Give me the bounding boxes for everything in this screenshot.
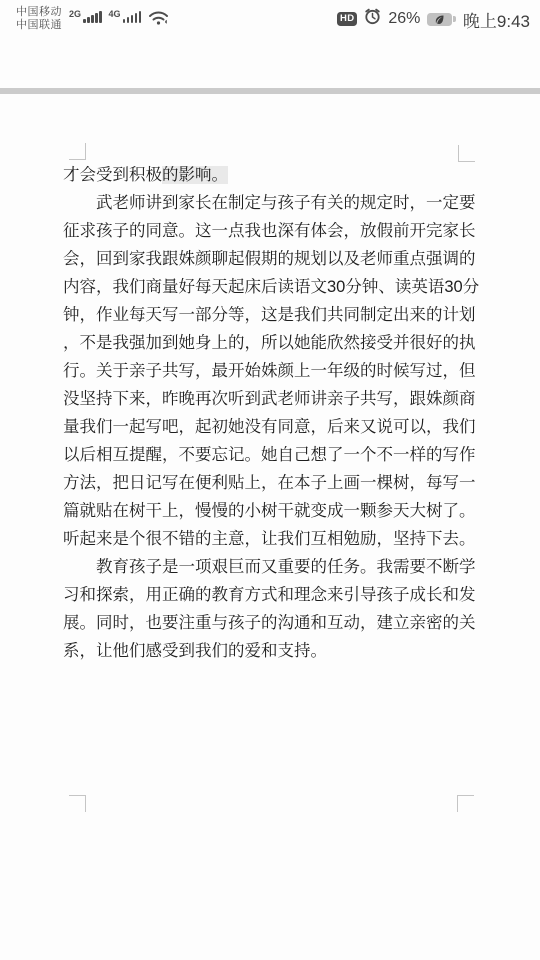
status-bar-right: HD 26% 晚上9:43: [337, 7, 530, 32]
document-text[interactable]: 才会受到积极的影响。武老师讲到家长在制定与孩子有关的规定时，一定要征求孩子的同意…: [63, 161, 477, 665]
carrier-labels: 中国移动 中国联通: [16, 6, 62, 32]
document-line[interactable]: 钟，作业每天写一部分等，这是我们共同制定出来的计划: [63, 301, 477, 329]
alarm-clock-icon: [364, 8, 381, 30]
margin-corner-bottom-left: [69, 795, 86, 812]
document-line[interactable]: 量我们一起写吧，起初她没有同意，后来又说可以，我们: [63, 413, 477, 441]
margin-corner-top-right: [458, 145, 475, 162]
carrier-name-1: 中国移动: [16, 6, 62, 19]
document-line[interactable]: 以后相互提醒，不要忘记。她自己想了一个不一样的写作: [63, 441, 477, 469]
document-line[interactable]: 会，回到家我跟姝颜聊起假期的规划以及老师重点强调的: [63, 245, 477, 273]
sim2-network-type: 4G: [109, 9, 121, 19]
document-line[interactable]: 展。同时，也要注重与孩子的沟通和互动，建立亲密的关: [63, 609, 477, 637]
document-line[interactable]: 武老师讲到家长在制定与孩子有关的规定时，一定要: [63, 189, 477, 217]
margin-corner-top-left: [69, 143, 86, 160]
sim1-network-type: 2G: [69, 9, 81, 19]
document-line[interactable]: ，不是我强加到她身上的，所以她能欣然接受并很好的执: [63, 329, 477, 357]
leaf-icon: [434, 14, 445, 25]
status-bar-left: 中国移动 中国联通 2G 4G: [16, 6, 169, 32]
carrier-name-2: 中国联通: [16, 19, 62, 32]
document-line[interactable]: 教育孩子是一项艰巨而又重要的任务。我需要不断学: [63, 553, 477, 581]
document-line[interactable]: 没坚持下来，昨晚再次听到武老师讲亲子共写，跟姝颜商: [63, 385, 477, 413]
highlighted-text[interactable]: 的影响。: [162, 166, 228, 184]
sim1-signal: 2G: [69, 11, 102, 28]
document-line[interactable]: 内容，我们商量好每天起床后读语文30分钟、读英语30分: [63, 273, 477, 301]
document-line[interactable]: 习和探索，用正确的教育方式和理念来引导孩子成长和发: [63, 581, 477, 609]
signal-bars-icon: [123, 11, 142, 23]
document-line[interactable]: 篇就贴在树干上，慢慢的小树干就变成一颗参天大树了。: [63, 497, 477, 525]
document-line[interactable]: 才会受到积极的影响。: [63, 161, 477, 189]
battery-saver-icon: [427, 13, 456, 26]
previous-page-bottom: [0, 36, 540, 88]
wifi-icon: [148, 9, 169, 30]
document-line[interactable]: 系，让他们感受到我们的爱和支持。: [63, 637, 477, 665]
margin-corner-bottom-right: [457, 795, 474, 812]
document-line[interactable]: 听起来是个很不错的主意，让我们互相勉励，坚持下去。: [63, 525, 477, 553]
document-page[interactable]: 才会受到积极的影响。武老师讲到家长在制定与孩子有关的规定时，一定要征求孩子的同意…: [0, 94, 540, 960]
hd-volte-icon: HD: [337, 12, 357, 27]
document-line[interactable]: 方法，把日记写在便利贴上，在本子上画一棵树，每写一: [63, 469, 477, 497]
battery-percent-label: 26%: [388, 10, 420, 28]
clock-label: 晚上9:43: [463, 7, 530, 32]
document-line[interactable]: 行。关于亲子共写，最开始姝颜上一年级的时候写过，但: [63, 357, 477, 385]
document-line[interactable]: 征求孩子的同意。这一点我也深有体会，放假前开完家长: [63, 217, 477, 245]
sim2-signal: 4G: [109, 11, 142, 28]
status-bar[interactable]: 中国移动 中国联通 2G 4G: [0, 0, 540, 36]
phone-screen: 中国移动 中国联通 2G 4G: [0, 0, 540, 960]
signal-bars-icon: [83, 11, 102, 23]
